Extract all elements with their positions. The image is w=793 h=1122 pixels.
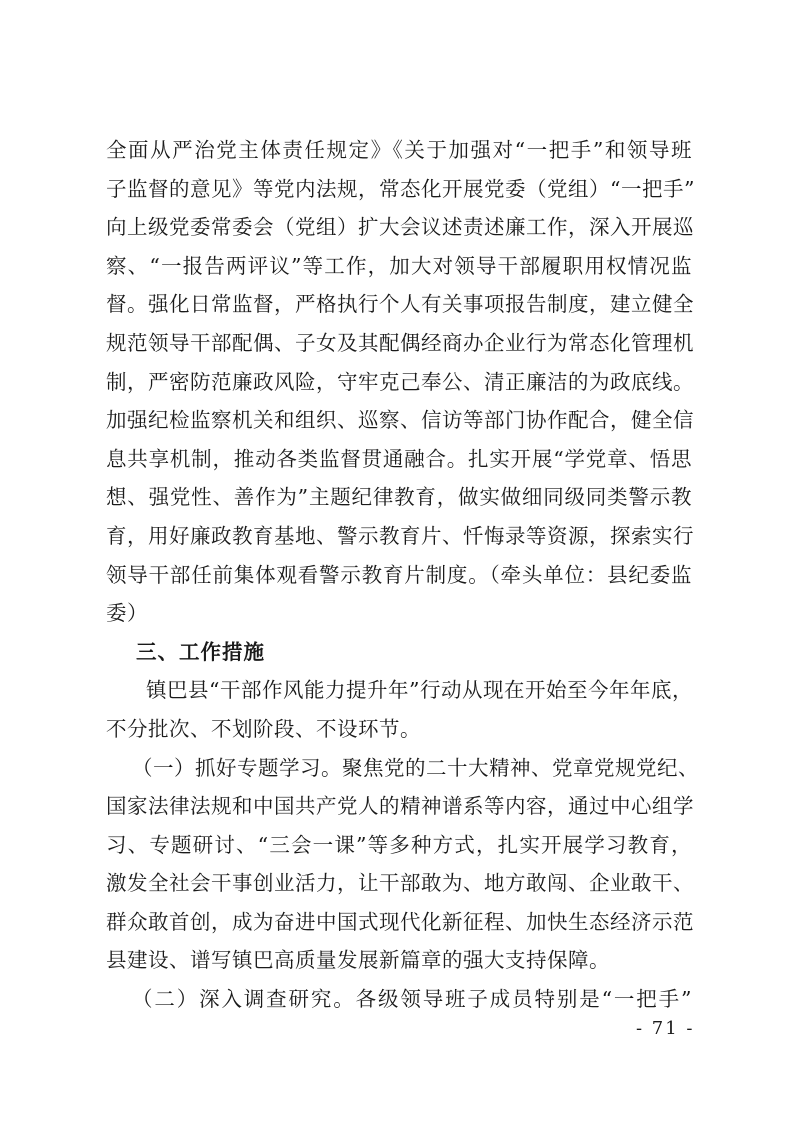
paragraph-line: 全面从严治党主体责任规定》《关于加强对“一把手”和领导班 <box>106 131 692 170</box>
paragraph-line: 加强纪检监察机关和组织、巡察、信访等部门协作配合，健全信 <box>106 401 692 440</box>
paragraph-line: 察、“一报告两评议”等工作，加大对领导干部履职用权情况监 <box>106 247 692 286</box>
item1-line: 国家法律法规和中国共产党人的精神谱系等内容，通过中心组学 <box>106 787 692 826</box>
item1-line: 群众敢首创，成为奋进中国式现代化新征程、加快生态经济示范 <box>106 903 692 942</box>
paragraph-line: 想、强党性、善作为”主题纪律教育，做实做细同级同类警示教 <box>106 478 692 517</box>
body-text: 全面从严治党主体责任规定》《关于加强对“一把手”和领导班 子监督的意见》等党内法… <box>106 131 692 1019</box>
item1-line: 习、专题研讨、“三会一课”等多种方式，扎实开展学习教育， <box>106 826 692 865</box>
item1-line: 激发全社会干事创业活力，让干部敢为、地方敢闯、企业敢干、 <box>106 864 692 903</box>
paragraph-line: 息共享机制，推动各类监督贯通融合。扎实开展“学党章、悟思 <box>106 440 692 479</box>
item2-line: （二）深入调查研究。各级领导班子成员特别是“一把手” <box>106 980 692 1019</box>
paragraph-line: 领导干部任前集体观看警示教育片制度。（牵头单位：县纪委监 <box>106 556 692 595</box>
page-number: - 71 - <box>636 1018 695 1039</box>
item1-line: 县建设、谱写镇巴高质量发展新篇章的强大支持保障。 <box>106 941 692 980</box>
paragraph-line: 委） <box>106 594 692 633</box>
item1-line: （一）抓好专题学习。聚焦党的二十大精神、党章党规党纪、 <box>106 749 692 788</box>
section-intro-line: 不分批次、不划阶段、不设环节。 <box>106 710 692 749</box>
paragraph-line: 育，用好廉政教育基地、警示教育片、忏悔录等资源，探索实行 <box>106 517 692 556</box>
paragraph-line: 子监督的意见》等党内法规，常态化开展党委（党组）“一把手” <box>106 170 692 209</box>
paragraph-line: 规范领导干部配偶、子女及其配偶经商办企业行为常态化管理机 <box>106 324 692 363</box>
paragraph-line: 督。强化日常监督，严格执行个人有关事项报告制度，建立健全 <box>106 285 692 324</box>
section-heading: 三、工作措施 <box>106 633 692 672</box>
paragraph-line: 向上级党委常委会（党组）扩大会议述责述廉工作，深入开展巡 <box>106 208 692 247</box>
section-intro-line: 镇巴县“干部作风能力提升年”行动从现在开始至今年年底， <box>106 671 692 710</box>
document-page: 全面从严治党主体责任规定》《关于加强对“一把手”和领导班 子监督的意见》等党内法… <box>0 0 793 1122</box>
paragraph-line: 制，严密防范廉政风险，守牢克己奉公、清正廉洁的为政底线。 <box>106 363 692 402</box>
